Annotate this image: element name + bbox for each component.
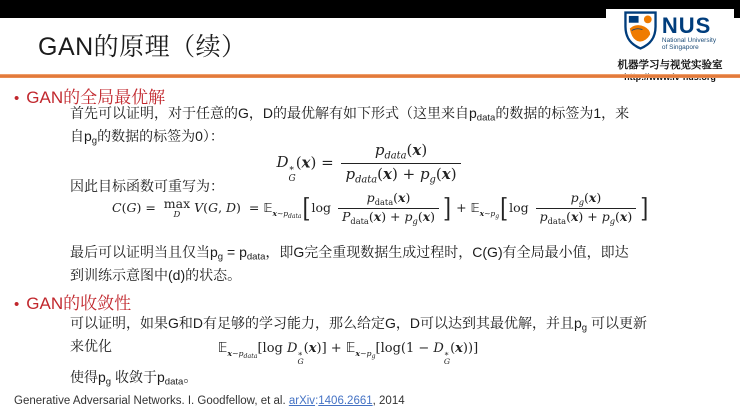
nus-wordmark-block: NUS National University of Singapore bbox=[662, 15, 716, 51]
arxiv-link[interactable]: arXiv bbox=[289, 395, 315, 407]
bullet-marker: • bbox=[14, 296, 19, 313]
nus-wordmark: NUS bbox=[662, 15, 716, 37]
nus-logo-row: NUS National University of Singapore bbox=[606, 11, 734, 55]
paragraph-pg-converges: 使得pg 收敛于pdata。 bbox=[70, 368, 197, 391]
citation-footer: Generative Adversarial Networks. I. Good… bbox=[14, 395, 405, 407]
formula-update-pg: 𝔼x∼pdata[log D∗G(x)] + 𝔼x∼pg[log(1 − D∗G… bbox=[0, 341, 718, 367]
nus-subtitle-line2: of Singapore bbox=[662, 44, 716, 51]
slide-title: GAN的原理（续） bbox=[38, 27, 247, 63]
section-heading-convergence: •GAN的收敛性 bbox=[14, 289, 131, 314]
paragraph-global-minimum: 最后可以证明当且仅当pg = pdata，即G完全重现数据生成过程时，C(G)有… bbox=[70, 243, 629, 285]
lab-name: 机器学习与视觉实验室 bbox=[606, 57, 734, 72]
section-heading-label: GAN的收敛性 bbox=[26, 294, 131, 313]
formula-objective-cg: C(G) = maxDV(G, D) = 𝔼x∼pdata[log pdata(… bbox=[112, 190, 649, 227]
nus-shield-icon bbox=[624, 11, 657, 55]
nus-subtitle-line1: National University bbox=[662, 37, 716, 44]
orange-divider bbox=[0, 74, 740, 78]
presentation-slide: GAN的原理（续） NUS National University of Sin… bbox=[0, 0, 740, 417]
nus-logo: NUS National University of Singapore 机器学… bbox=[606, 9, 734, 84]
arxiv-link[interactable]: 1406.2661 bbox=[318, 395, 372, 407]
bullet-marker: • bbox=[14, 90, 19, 107]
